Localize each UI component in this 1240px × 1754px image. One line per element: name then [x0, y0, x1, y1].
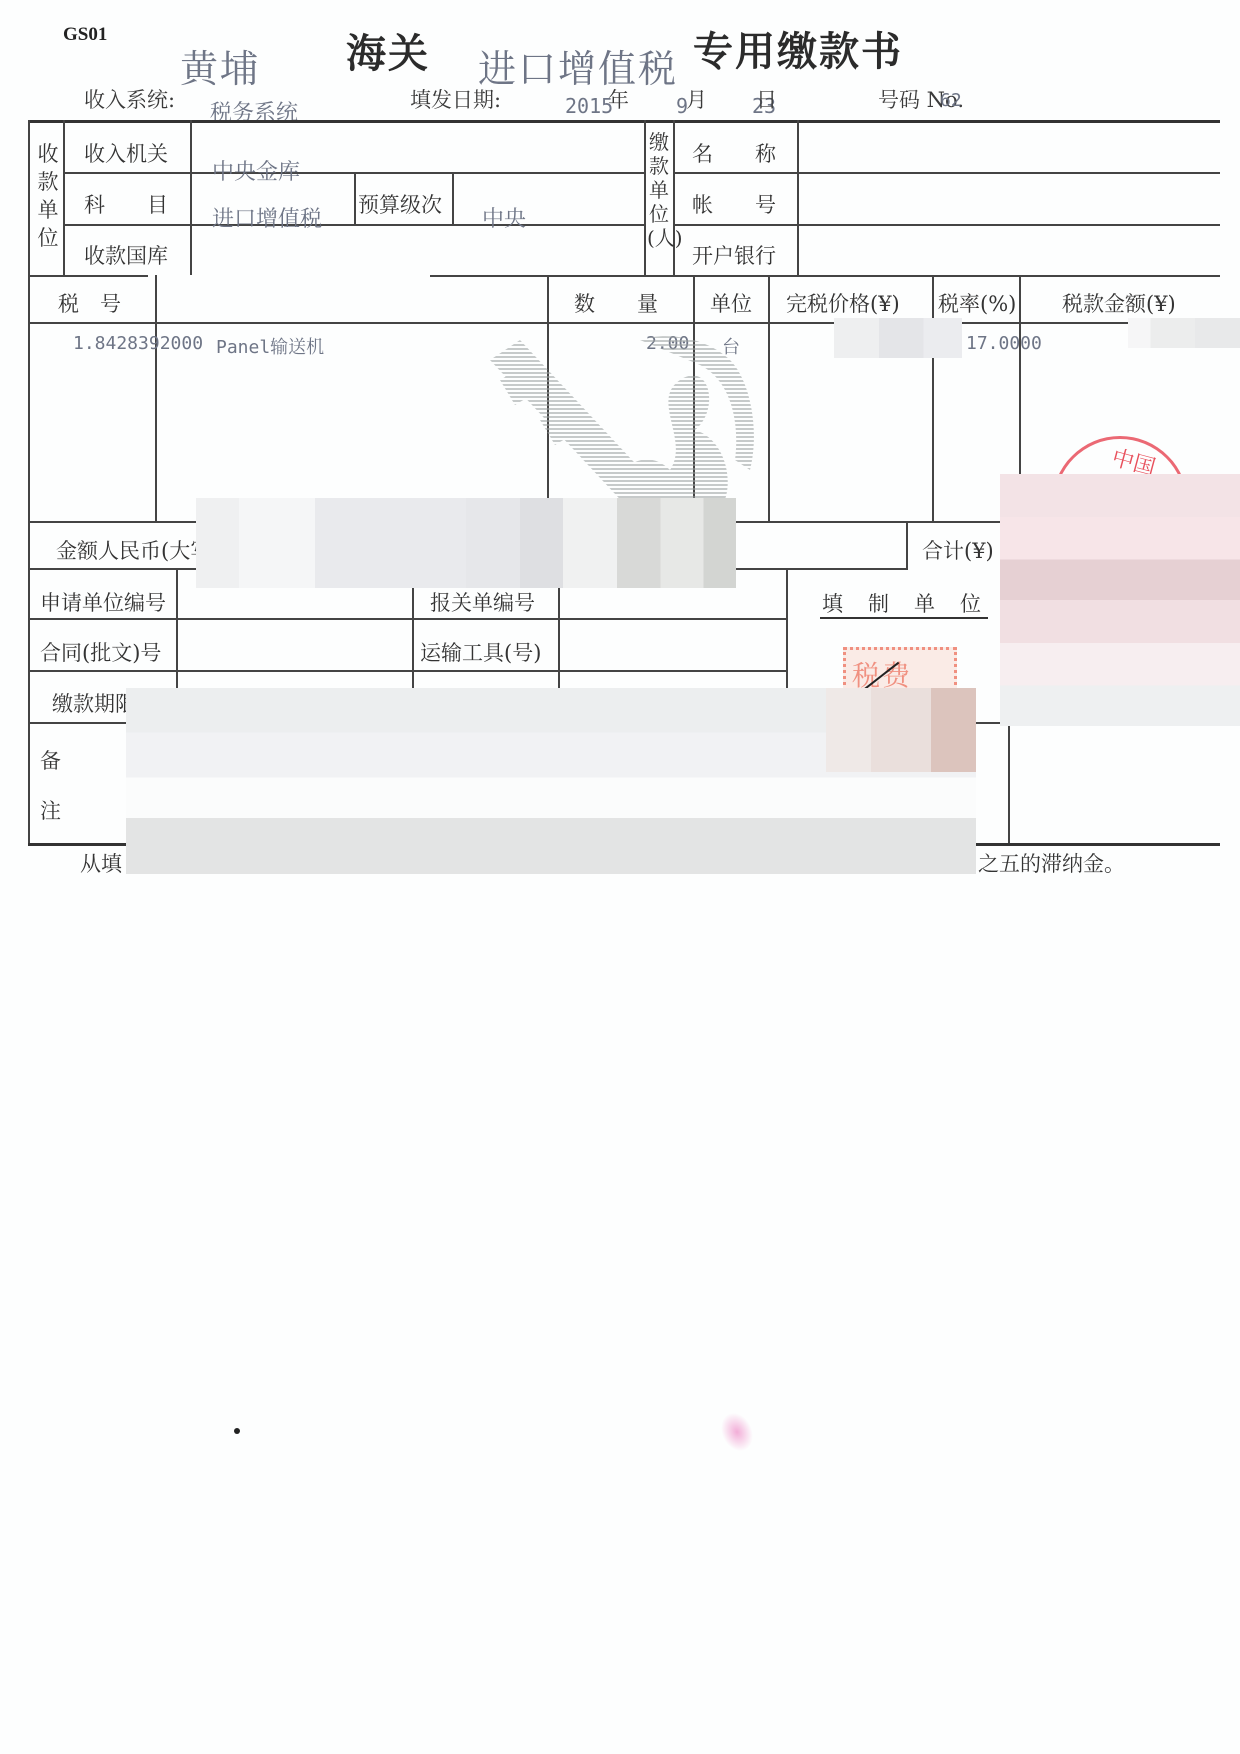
issue-date-label: 填发日期:: [410, 84, 501, 114]
redaction-issuer-block: [826, 688, 976, 772]
budget-level-label: 预算级次: [358, 189, 442, 219]
payer-account-label: 帐 号: [692, 189, 776, 219]
customs-word: 海关: [346, 22, 430, 79]
applicant-code-label: 申请单位编号: [40, 587, 166, 617]
total-label: 合计(¥): [922, 535, 994, 565]
issuer-label: 填 制 单 位: [822, 588, 983, 618]
ink-stain: [715, 1408, 759, 1457]
footer-note-start: 从填: [80, 848, 122, 878]
budget-level-value: 中央: [482, 202, 526, 233]
redaction-amount-in-words: [196, 498, 736, 588]
col-dutiable-value: 完税价格(¥): [786, 288, 900, 318]
col-tax-rate: 税率(%): [938, 288, 1016, 318]
day-char: 日: [756, 84, 777, 114]
transport-label: 运输工具(号): [420, 637, 541, 667]
payer-group-label: 缴款单位(人): [647, 130, 671, 250]
footer-note-end: 之五的滞纳金。: [978, 848, 1125, 878]
payer-bank-label: 开户银行: [692, 240, 776, 270]
document-title: 专用缴款书: [693, 20, 903, 77]
payee-org-value: 中央金库: [212, 155, 300, 186]
issue-year: 2015: [565, 94, 613, 118]
deadline-label: 缴款期限: [52, 688, 136, 718]
remarks-label-2: 注: [40, 795, 61, 825]
contract-no-label: 合同(批文)号: [40, 637, 161, 667]
row-tax-rate: 17.0000: [966, 333, 1042, 354]
ink-dot: [234, 1428, 240, 1434]
col-unit: 单位: [710, 288, 752, 318]
remarks-label-1: 备: [40, 745, 61, 775]
number-value: 62: [940, 90, 962, 111]
payee-treasury-label: 收款国库: [84, 240, 168, 270]
redaction-tax-amount: [1128, 318, 1240, 348]
declaration-no-label: 报关单编号: [430, 587, 535, 617]
col-quantity: 数 量: [574, 288, 658, 318]
payee-subject-value: 进口增值税: [212, 202, 322, 233]
payee-group-label: 收款单位: [36, 140, 60, 252]
form-code: GS01: [63, 24, 107, 46]
payer-name-label: 名 称: [692, 138, 776, 168]
year-char: 年: [608, 84, 629, 114]
tax-type: 进口增值税: [478, 38, 678, 93]
row-tax-code: 1.8428392000: [73, 333, 203, 354]
col-tax-amount: 税款金额(¥): [1062, 288, 1176, 318]
payee-org-label: 收入机关: [84, 138, 168, 168]
customs-place: 黄埔: [180, 38, 260, 93]
col-tax-code: 税 号: [58, 288, 121, 318]
month-char: 月: [686, 84, 707, 114]
row-description: Panel输送机: [216, 333, 324, 359]
revenue-system-label: 收入系统:: [84, 84, 175, 114]
redaction-dutiable-value: [834, 318, 962, 358]
payee-subject-label: 科 目: [84, 189, 168, 219]
amount-in-words-label: 金额人民币(大写): [56, 535, 219, 565]
redaction-total-and-seal: [1000, 474, 1240, 726]
